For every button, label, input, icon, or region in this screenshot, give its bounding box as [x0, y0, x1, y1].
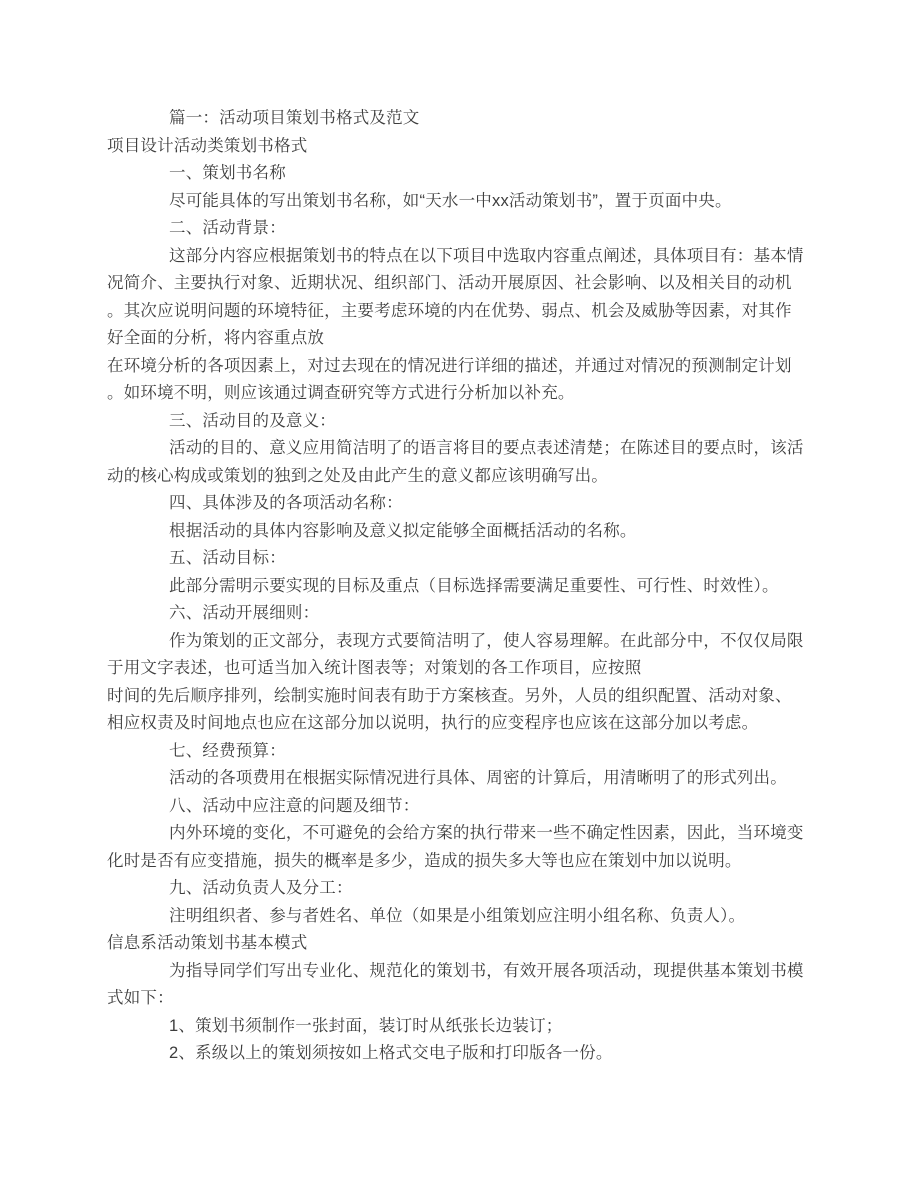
doc-line: 1、策划书须制作一张封面，装订时从纸张长边装订； [107, 1013, 820, 1041]
doc-line: 式如下： [107, 985, 820, 1013]
doc-line: 项目设计活动类策划书格式 [107, 133, 820, 161]
doc-line: 三、活动目的及意义： [107, 408, 820, 436]
document-body: 篇一：活动项目策划书格式及范文项目设计活动类策划书格式一、策划书名称尽可能具体的… [107, 105, 820, 1068]
doc-line: 这部分内容应根据策划书的特点在以下项目中选取内容重点阐述，具体项目有：基本情 [107, 243, 820, 271]
doc-line: 于用文字表述，也可适当加入统计图表等；对策划的各工作项目，应按照 [107, 655, 820, 683]
doc-line: 此部分需明示要实现的目标及重点（目标选择需要满足重要性、可行性、时效性）。 [107, 573, 820, 601]
doc-line: 。其次应说明问题的环境特征，主要考虑环境的内在优势、弱点、机会及威胁等因素，对其… [107, 298, 820, 326]
doc-line: 一、策划书名称 [107, 160, 820, 188]
doc-line: 好全面的分析，将内容重点放 [107, 325, 820, 353]
doc-line: 为指导同学们写出专业化、规范化的策划书，有效开展各项活动，现提供基本策划书模 [107, 958, 820, 986]
doc-line: 况简介、主要执行对象、近期状况、组织部门、活动开展原因、社会影响、以及相关目的动… [107, 270, 820, 298]
doc-line: 动的核心构成或策划的独到之处及由此产生的意义都应该明确写出。 [107, 463, 820, 491]
doc-line: 在环境分析的各项因素上，对过去现在的情况进行详细的描述，并通过对情况的预测制定计… [107, 353, 820, 381]
doc-line: 。如环境不明，则应该通过调查研究等方式进行分析加以补充。 [107, 380, 820, 408]
doc-line: 相应权责及时间地点也应在这部分加以说明，执行的应变程序也应该在这部分加以考虑。 [107, 710, 820, 738]
doc-line: 七、经费预算： [107, 738, 820, 766]
doc-line: 化时是否有应变措施，损失的概率是多少，造成的损失多大等也应在策划中加以说明。 [107, 848, 820, 876]
doc-line: 注明组织者、参与者姓名、单位（如果是小组策划应注明小组名称、负责人）。 [107, 903, 820, 931]
document-page: 篇一：活动项目策划书格式及范文项目设计活动类策划书格式一、策划书名称尽可能具体的… [0, 0, 920, 1191]
doc-line: 活动的各项费用在根据实际情况进行具体、周密的计算后，用清晰明了的形式列出。 [107, 765, 820, 793]
doc-line: 二、活动背景： [107, 215, 820, 243]
doc-line: 尽可能具体的写出策划书名称，如“天水一中xx活动策划书”，置于页面中央。 [107, 188, 820, 216]
doc-line: 时间的先后顺序排列，绘制实施时间表有助于方案核查。另外，人员的组织配置、活动对象… [107, 683, 820, 711]
doc-line: 四、具体涉及的各项活动名称： [107, 490, 820, 518]
doc-line: 篇一：活动项目策划书格式及范文 [107, 105, 820, 133]
doc-line: 信息系活动策划书基本模式 [107, 930, 820, 958]
doc-line: 内外环境的变化，不可避免的会给方案的执行带来一些不确定性因素，因此，当环境变 [107, 820, 820, 848]
doc-line: 2、系级以上的策划须按如上格式交电子版和打印版各一份。 [107, 1040, 820, 1068]
doc-line: 九、活动负责人及分工： [107, 875, 820, 903]
doc-line: 五、活动目标： [107, 545, 820, 573]
doc-line: 八、活动中应注意的问题及细节： [107, 793, 820, 821]
doc-line: 根据活动的具体内容影响及意义拟定能够全面概括活动的名称。 [107, 518, 820, 546]
doc-line: 作为策划的正文部分，表现方式要简洁明了，使人容易理解。在此部分中，不仅仅局限 [107, 628, 820, 656]
doc-line: 活动的目的、意义应用简洁明了的语言将目的要点表述清楚；在陈述目的要点时，该活 [107, 435, 820, 463]
doc-line: 六、活动开展细则： [107, 600, 820, 628]
